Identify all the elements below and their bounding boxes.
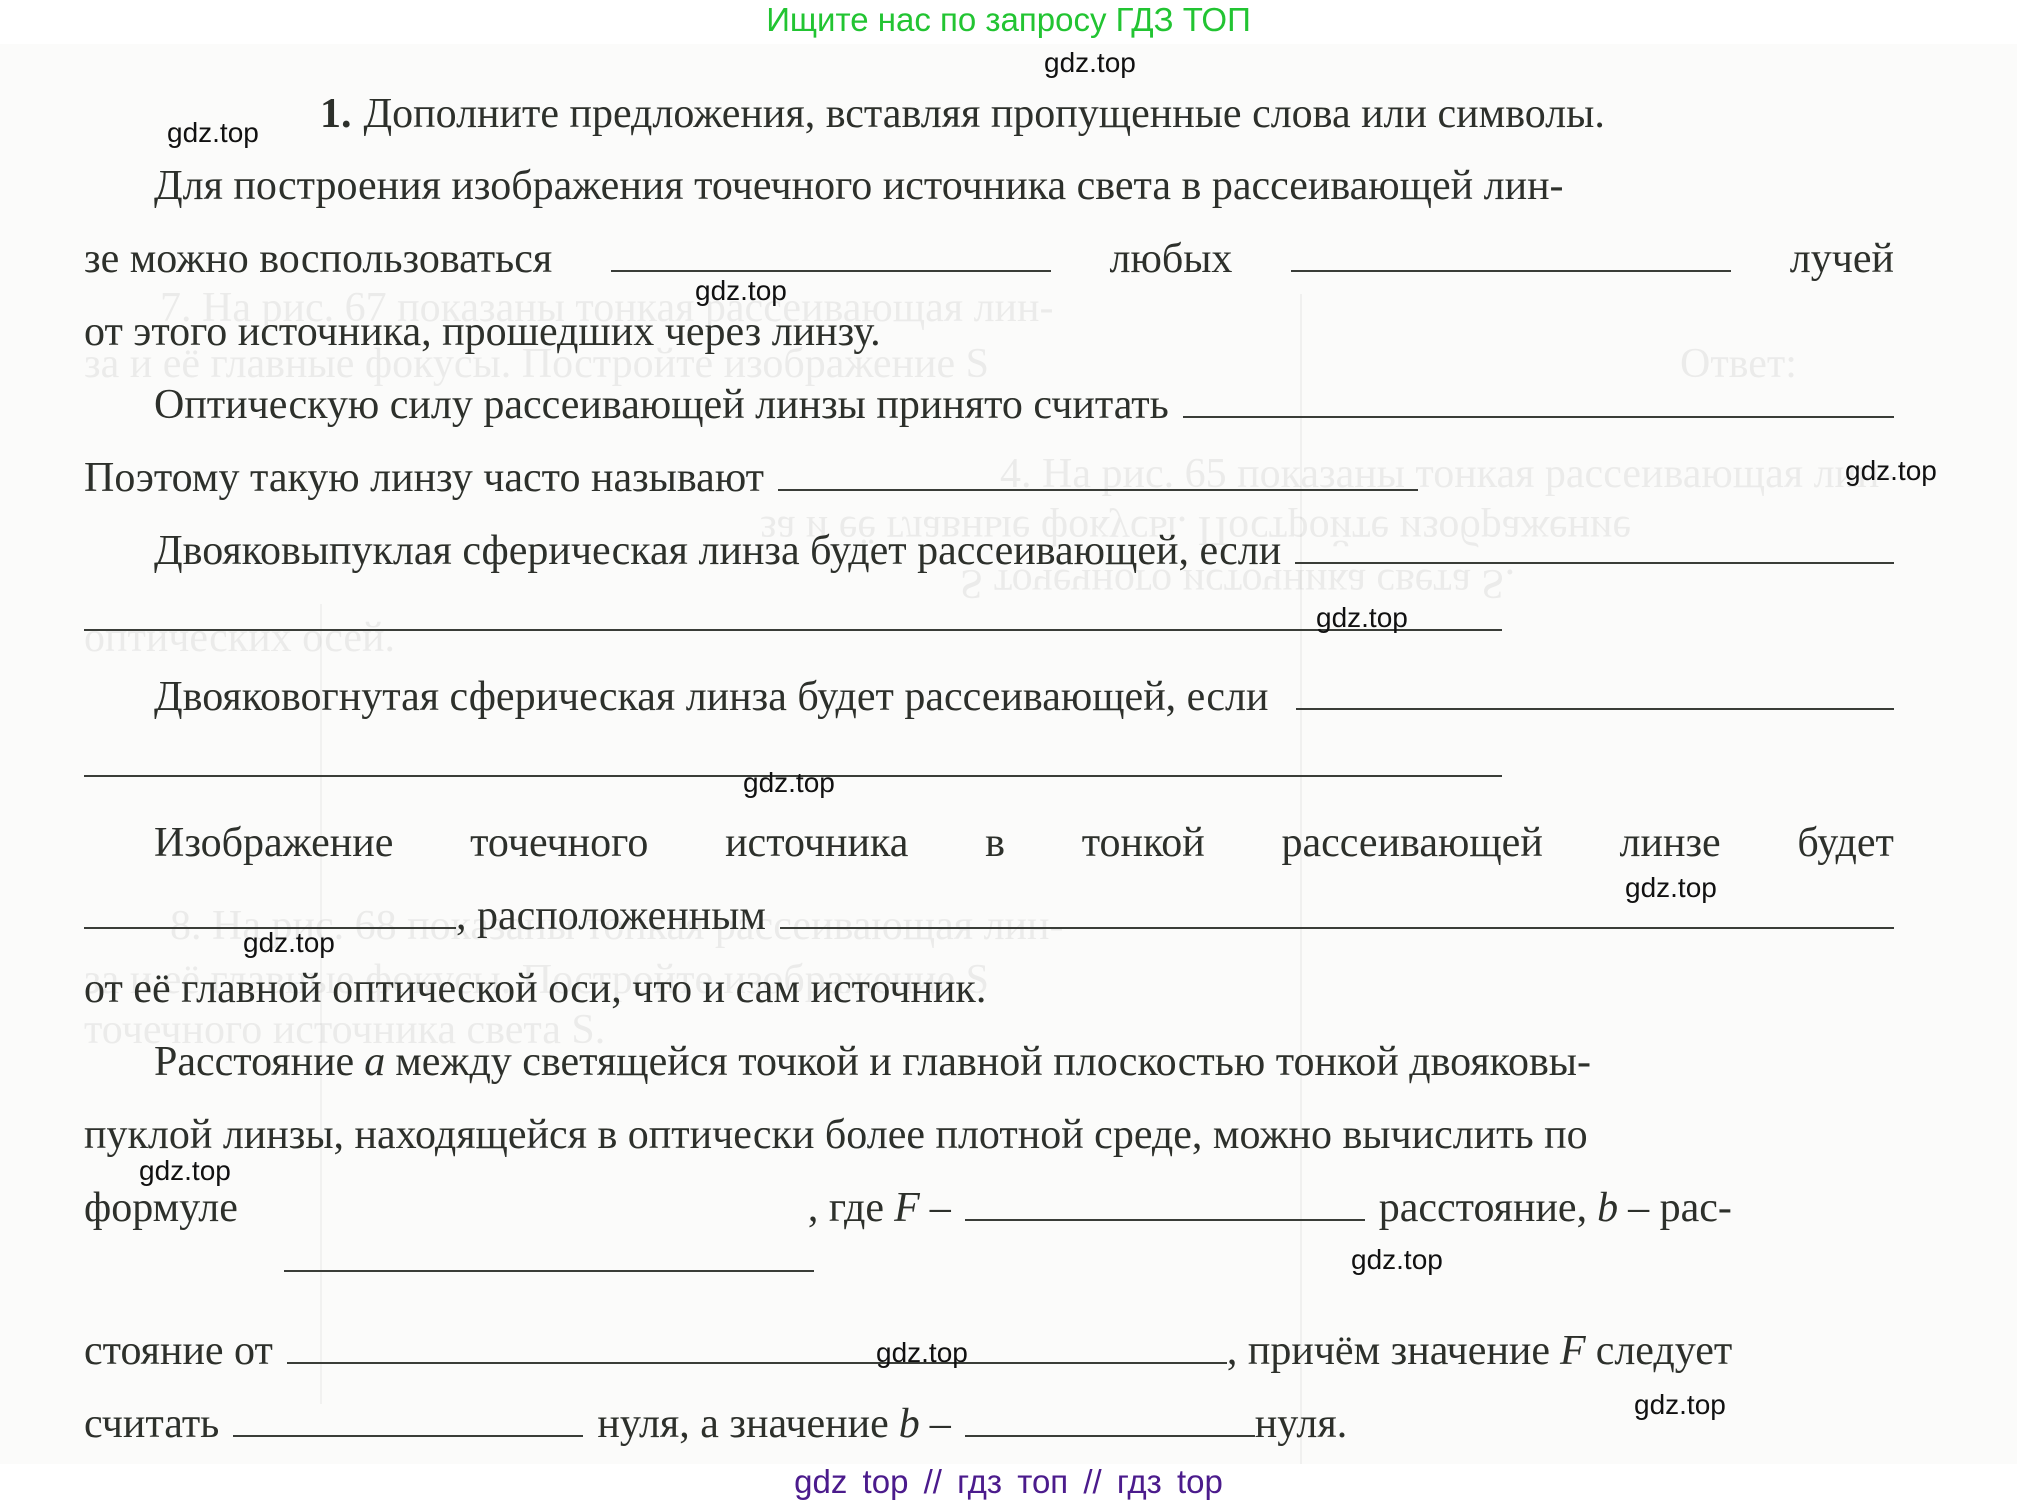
answer-blank[interactable] [965,1405,1255,1437]
sentence-line: пуклой линзы, находящейся в оптически бо… [84,1110,1894,1160]
task-instruction: Дополните предложения, вставляя пропущен… [364,89,1605,139]
watermark: gdz.top [1044,48,1136,78]
sentence-line: Расстояние a между светящейся точкой и г… [84,1037,1894,1087]
sentence-word: линзе [1620,818,1721,868]
answer-blank[interactable] [1291,240,1731,272]
answer-blank[interactable] [778,459,1418,491]
sentence-word: будет [1797,818,1894,868]
sentence-text: , где [808,1183,884,1233]
sentence-word: точечного [470,818,648,868]
task-heading: 1. Дополните предложения, вставляя пропу… [320,89,1880,139]
sentence-text: Для построения изображения точечного ист… [154,161,1564,211]
sentence-text: пуклой линзы, находящейся в оптически бо… [84,1110,1588,1160]
sentence-text: Расстояние [154,1037,354,1087]
watermark: gdz.top [743,768,835,798]
sentence-text: Двояковыпуклая сферическая линза будет р… [154,526,1281,576]
sentence-text: Поэтому такую линзу часто называют [84,453,764,503]
watermark: gdz.top [876,1338,968,1368]
sentence-line: , расположенным [84,891,1894,941]
sentence-line [84,1240,1894,1272]
sentence-text: Двояковогнутая сферическая линза будет р… [154,672,1268,722]
task-number: 1. [320,89,352,139]
sentence-text: следует [1596,1326,1733,1376]
watermark: gdz.top [695,276,787,306]
answer-blank[interactable] [287,1332,1227,1364]
sentence-text: нуля. [1255,1399,1347,1449]
sentence-text: – [930,1183,951,1233]
sentence-line: формуле , где F – расстояние, b – рас- [84,1183,1894,1233]
formula-fraction-bar[interactable] [284,1240,814,1272]
sentence-text: , расположенным [456,891,766,941]
watermark: gdz.top [1634,1390,1726,1420]
sentence-text: нуля, а значение [597,1399,888,1449]
answer-blank[interactable] [84,897,456,929]
sentence-text: , причём значение [1227,1326,1550,1376]
sentence-line: от этого источника, прошедших через линз… [84,307,1894,357]
sentence-text: лучей [1790,234,1894,284]
sentence-line [84,745,1894,777]
variable-F: F [1560,1326,1586,1376]
answer-blank[interactable] [1296,678,1894,710]
sentence-text: любых [1110,234,1233,284]
sentence-line: Двояковогнутая сферическая линза будет р… [84,672,1894,722]
sentence-text: от этого источника, прошедших через линз… [84,307,881,357]
sentence-text: расстояние, [1379,1183,1587,1233]
answer-blank[interactable] [1183,386,1894,418]
variable-F: F [894,1183,920,1233]
sentence-line: от её главной оптической оси, что и сам … [84,964,1894,1014]
sentence-line: Двояковыпуклая сферическая линза будет р… [84,526,1894,576]
sentence-text: от её главной оптической оси, что и сам … [84,964,986,1014]
answer-blank[interactable] [1295,532,1894,564]
sentence-text: – рас- [1628,1183,1732,1233]
sentence-line: Для построения изображения точечного ист… [84,161,1894,211]
sentence-line: зе можно воспользоваться любых лучей [84,234,1894,284]
sentence-text: считать [84,1399,219,1449]
sentence-line: Поэтому такую линзу часто называют [84,453,1894,503]
variable-b: b [1597,1183,1618,1233]
watermark: gdz.top [167,118,259,148]
watermark: gdz.top [1316,603,1408,633]
workbook-page: 7. На рис. 67 показаны тонкая рассеивающ… [0,44,2017,1464]
sentence-text: Оптическую силу рассеивающей линзы приня… [154,380,1169,430]
answer-blank[interactable] [611,240,1051,272]
sentence-line [84,599,1894,631]
sentence-line: стояние от , причём значение F следует [84,1326,1894,1376]
sentence-text: – [930,1399,951,1449]
variable-a: a [364,1037,385,1087]
sentence-text: между светящейся точкой и главной плоско… [395,1037,1591,1087]
sentence-word: рассеивающей [1281,818,1542,868]
answer-blank[interactable] [780,897,1894,929]
watermark: gdz.top [1625,873,1717,903]
answer-blank[interactable] [965,1189,1365,1221]
sentence-line: Изображение точечного источника в тонкой… [84,818,1894,868]
sentence-text: стояние от [84,1326,273,1376]
sentence-text: формуле [84,1183,238,1233]
watermark: gdz.top [243,928,335,958]
bottom-banner: gdz top // гдз топ // гдз top [0,1464,2017,1504]
top-banner: Ищите нас по запросу ГДЗ ТОП [0,0,2017,44]
sentence-line: Оптическую силу рассеивающей линзы приня… [84,380,1894,430]
sentence-word: в [985,818,1005,868]
watermark: gdz.top [1845,456,1937,486]
watermark: gdz.top [1351,1245,1443,1275]
sentence-word: Изображение [154,818,393,868]
sentence-text: зе можно воспользоваться [84,234,552,284]
answer-blank[interactable] [84,599,1502,631]
sentence-word: источника [725,818,908,868]
sentence-word: тонкой [1082,818,1205,868]
variable-b: b [899,1399,920,1449]
sentence-line: считать нуля, а значение b – нуля. [84,1399,1894,1449]
answer-blank[interactable] [233,1405,583,1437]
watermark: gdz.top [139,1156,231,1186]
